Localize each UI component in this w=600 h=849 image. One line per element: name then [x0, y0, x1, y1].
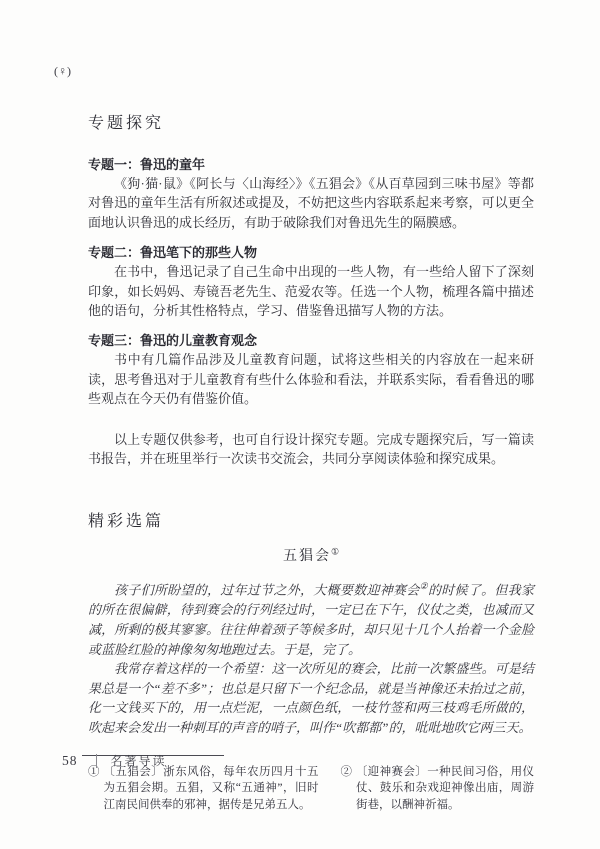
topic-2-body: 在书中，鲁迅记录了自己生命中出现的一些人物，有一些给人留下了深刻印象，如长妈妈、…: [88, 262, 534, 320]
topic-2-title: 专题二：鲁迅笔下的那些人物: [88, 243, 534, 262]
footnote-2-text: 〔迎神赛会〕一种民间习俗，用仪仗、鼓乐和杂戏迎神像出庙，周游街巷，以酬神祈福。: [356, 766, 534, 811]
topic-1-title: 专题一：鲁迅的童年: [88, 155, 534, 174]
footnotes: ① 〔五猖会〕浙东风俗，每年农历四月十五为五猖会期。五猖，又称“五通神”，旧时江…: [88, 764, 534, 814]
footnote-2: ② 〔迎神赛会〕一种民间习俗，用仪仗、鼓乐和杂戏迎神像出庙，周游街巷，以酬神祈福…: [341, 764, 534, 814]
excerpt-footnote-ref-2: ②: [420, 581, 428, 591]
topic-1-body: 《狗·猫·鼠》《阿长与〈山海经〉》《五猖会》《从百草园到三味书屋》等都对鲁迅的童…: [88, 174, 534, 232]
passage-title-footnote-ref: ①: [331, 547, 339, 557]
topic-1: 专题一：鲁迅的童年 《狗·猫·鼠》《阿长与〈山海经〉》《五猖会》《从百草园到三味…: [88, 155, 534, 232]
topic-2: 专题二：鲁迅笔下的那些人物 在书中，鲁迅记录了自己生命中出现的一些人物，有一些给…: [88, 243, 534, 320]
footnote-1-text: 〔五猖会〕浙东风俗，每年农历四月十五为五猖会期。五猖，又称“五通神”，旧时江南民…: [103, 766, 318, 811]
page-footer: 58 名著导读: [62, 752, 167, 769]
topic-3-title: 专题三：鲁迅的儿童教育观念: [88, 331, 534, 350]
topic-exploration-closing: 以上专题仅供参考，也可自行设计探究专题。完成专题探究后，写一篇读书报告，并在班里…: [88, 430, 534, 469]
passage-excerpt: 孩子们所盼望的，过年过节之外，大概要数迎神赛会②的时候了。但我家的所在很偏僻，待…: [88, 577, 534, 737]
binding-corner-mark: (♀): [54, 64, 71, 79]
passage-title: 五猖会①: [88, 545, 534, 565]
page-number: 58: [62, 753, 78, 769]
footer-divider: [96, 754, 97, 768]
textbook-page: (♀) 专题探究 专题一：鲁迅的童年 《狗·猫·鼠》《阿长与〈山海经〉》《五猖会…: [0, 0, 600, 849]
excerpt-p1-text-a: 孩子们所盼望的，过年过节之外，大概要数迎神赛会: [114, 583, 420, 598]
topic-exploration-heading: 专题探究: [88, 110, 534, 133]
topic-3: 专题三：鲁迅的儿童教育观念 书中有几篇作品涉及儿童教育问题，试将这些相关的内容放…: [88, 331, 534, 408]
footnote-1: ① 〔五猖会〕浙东风俗，每年农历四月十五为五猖会期。五猖，又称“五通神”，旧时江…: [88, 764, 319, 814]
book-section-title: 名著导读: [111, 752, 167, 769]
topic-3-body: 书中有几篇作品涉及儿童教育问题，试将这些相关的内容放在一起来研读，思考鲁迅对于儿…: [88, 350, 534, 408]
passage-title-text: 五猖会: [283, 549, 331, 564]
selected-passage-heading: 精彩选篇: [88, 508, 534, 531]
excerpt-paragraph-2: 我常存着这样的一个希望：这一次所见的赛会，比前一次繁盛些。可是结果总是一个“差不…: [88, 659, 534, 737]
excerpt-paragraph-1: 孩子们所盼望的，过年过节之外，大概要数迎神赛会②的时候了。但我家的所在很偏僻，待…: [88, 577, 534, 659]
page-content: 专题探究 专题一：鲁迅的童年 《狗·猫·鼠》《阿长与〈山海经〉》《五猖会》《从百…: [88, 110, 534, 813]
footnote-2-marker: ②: [341, 766, 353, 778]
